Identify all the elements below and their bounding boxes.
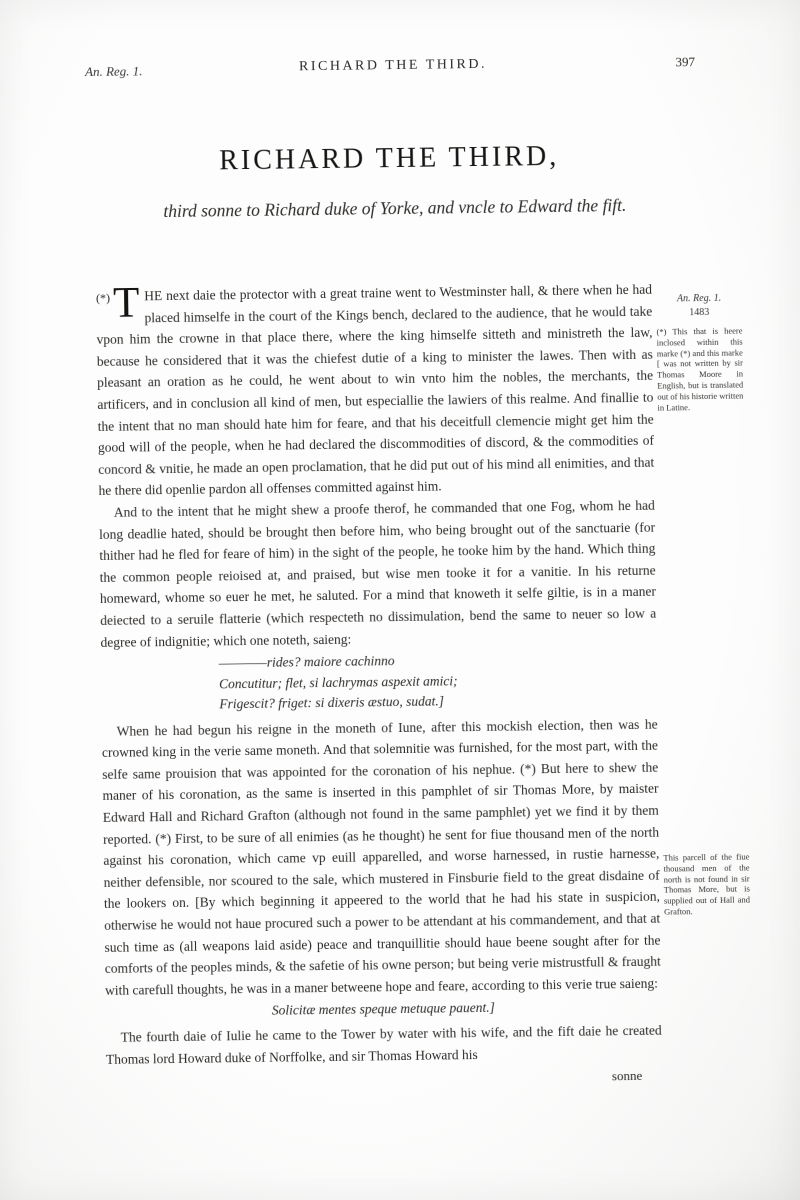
paragraph-2: And to the intent that he might shew a p… (99, 495, 657, 653)
body-text-column: (*)THE next daie the protector with a gr… (96, 279, 663, 1094)
dropcap-wrap: (*)T (96, 285, 140, 322)
margin-note-hall-grafton: This parcell of the fiue thousand men of… (663, 851, 750, 917)
dropcap-letter: T (113, 285, 140, 321)
chapter-title: RICHARD THE THIRD, (0, 138, 784, 180)
paragraph-1-text: HE next daie the protector with a great … (96, 282, 654, 499)
verse-line-3: Frigescit? friget: si dixeris æstuo, sud… (219, 689, 657, 715)
margin-regnal-year: An. Reg. 1. (656, 292, 742, 304)
margin-year-1483: 1483 (656, 306, 742, 318)
paragraph-1: (*)THE next daie the protector with a gr… (96, 279, 655, 502)
paragraph-4: The fourth daie of Iulie he came to the … (106, 1020, 663, 1070)
book-page-scan: An. Reg. 1. RICHARD THE THIRD. 397 RICHA… (0, 0, 800, 1200)
paragraph-3: When he had begun his reigne in the mone… (102, 713, 662, 1001)
margin-note-translation: (*) This that is heere inclosed within t… (656, 325, 743, 412)
chapter-subtitle: third sonne to Richard duke of Yorke, an… (125, 193, 665, 224)
page-number: 397 (645, 54, 695, 71)
latin-verse-juvenal: ————rides? maiore cachinno Concutitur; f… (219, 648, 658, 715)
catchword: sonne (106, 1065, 662, 1094)
page-content: An. Reg. 1. RICHARD THE THIRD. 397 RICHA… (0, 0, 800, 1200)
insertion-asterisk-mark: (*) (96, 291, 110, 305)
